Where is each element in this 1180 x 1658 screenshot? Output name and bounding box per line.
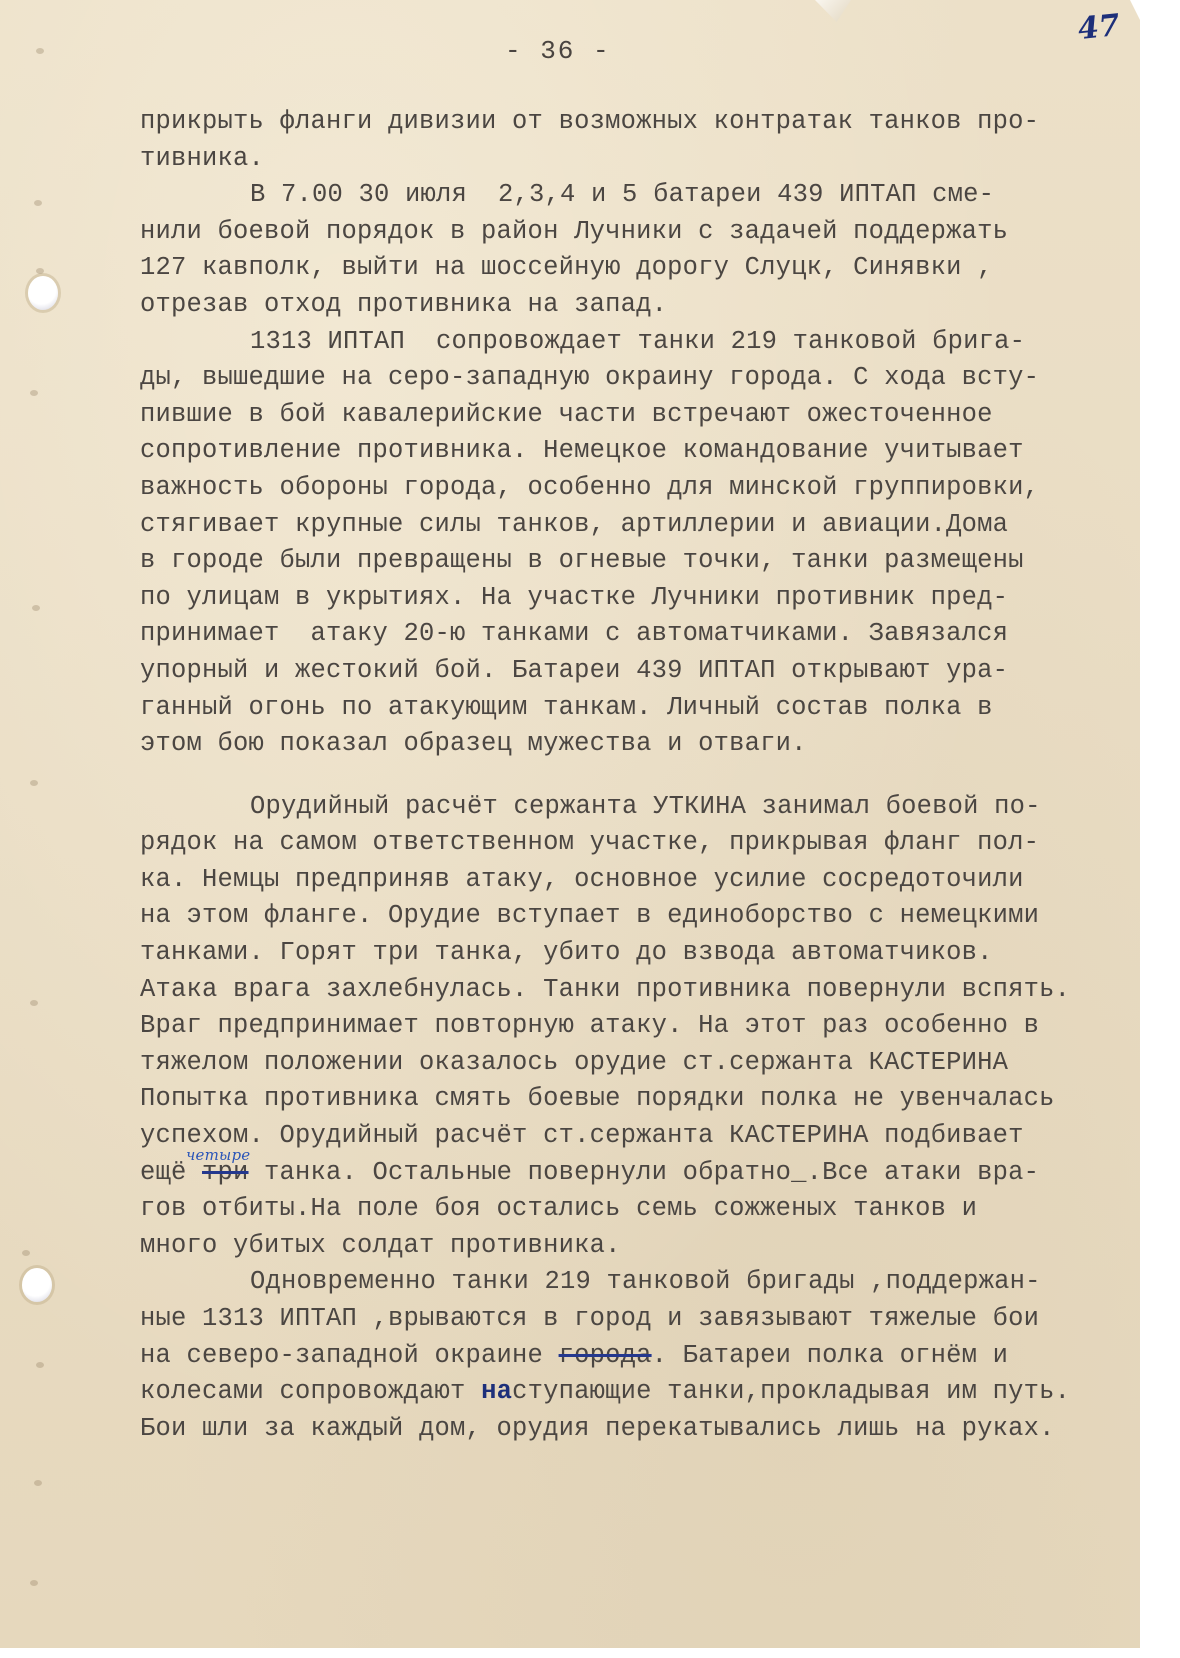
document-body: прикрыть фланги дивизии от возможных кон… bbox=[140, 104, 1100, 1447]
margin-speck bbox=[30, 1580, 38, 1586]
margin-speck bbox=[34, 200, 42, 206]
text-line: Бои шли за каждый дом, орудия перекатыва… bbox=[140, 1411, 1100, 1448]
text-line: ные 1313 ИПТАП ,врываются в город и завя… bbox=[140, 1301, 1100, 1338]
text-line: Попытка противника смять боевые порядки … bbox=[140, 1081, 1100, 1118]
punch-hole-bottom bbox=[22, 1268, 52, 1302]
punch-hole-top bbox=[28, 276, 58, 310]
text-line: пившие в бой кавалерийские части встреча… bbox=[140, 397, 1100, 434]
text-line: стягивает крупные силы танков, артиллери… bbox=[140, 507, 1100, 544]
text-line: гов отбиты.На поле боя остались семь сож… bbox=[140, 1191, 1100, 1228]
text-line: нили боевой порядок в район Лучники с за… bbox=[140, 214, 1100, 251]
margin-speck bbox=[22, 1250, 30, 1256]
margin-speck bbox=[36, 48, 44, 54]
text-line: прикрыть фланги дивизии от возможных кон… bbox=[140, 104, 1100, 141]
ink-correction: на bbox=[481, 1377, 512, 1406]
paragraph-container: прикрыть фланги дивизии от возможных кон… bbox=[140, 104, 1100, 1155]
text-line: по улицам в укрытиях. На участке Лучники… bbox=[140, 580, 1100, 617]
text-line: 1313 ИПТАП сопровождает танки 219 танков… bbox=[140, 324, 1100, 361]
text-line: ка. Немцы предприняв атаку, основное уси… bbox=[140, 862, 1100, 899]
folio-number: 47 bbox=[1076, 8, 1121, 47]
text-line: тяжелом положении оказалось орудие ст.се… bbox=[140, 1045, 1100, 1082]
page-number: - 36 - bbox=[505, 36, 611, 66]
text-line: сопротивление противника. Немецкое коман… bbox=[140, 433, 1100, 470]
text-line: 127 кавполк, выйти на шоссейную дорогу С… bbox=[140, 250, 1100, 287]
text-line: ды, вышедшие на серо-западную окраину го… bbox=[140, 360, 1100, 397]
text-line: на этом фланге. Орудие вступает в единоб… bbox=[140, 898, 1100, 935]
margin-speck bbox=[36, 268, 44, 274]
text-line: танками. Горят три танка, убито до взвод… bbox=[140, 935, 1100, 972]
text-line: Одновременно танки 219 танковой бригады … bbox=[140, 1264, 1100, 1301]
text-line: колесами сопровождают наступающие танки,… bbox=[140, 1374, 1100, 1411]
text-line: успехом. Орудийный расчёт ст.сержанта КА… bbox=[140, 1118, 1100, 1155]
paper-sheet: 47 - 36 - прикрыть фланги дивизии от воз… bbox=[0, 0, 1140, 1648]
text-line: ганный огонь по атакующим танкам. Личный… bbox=[140, 690, 1100, 727]
text-line: принимает атаку 20-ю танками с автоматчи… bbox=[140, 616, 1100, 653]
margin-speck bbox=[30, 1000, 38, 1006]
text-line: на северо-западной окраине города. Батар… bbox=[140, 1338, 1100, 1375]
margin-speck bbox=[36, 1362, 44, 1368]
text-line: В 7.00 30 июля 2,3,4 и 5 батареи 439 ИПТ… bbox=[140, 177, 1100, 214]
text-line: Орудийный расчёт сержанта УТКИНА занимал… bbox=[140, 789, 1100, 826]
text-line: Враг предпринимает повторную атаку. На э… bbox=[140, 1008, 1100, 1045]
text-line: отрезав отход противника на запад. bbox=[140, 287, 1100, 324]
margin-speck bbox=[30, 390, 38, 396]
margin-speck bbox=[34, 1480, 42, 1486]
corner-fold bbox=[815, 0, 851, 22]
text-line: упорный и жестокий бой. Батареи 439 ИПТА… bbox=[140, 653, 1100, 690]
text-line: важность обороны города, особенно для ми… bbox=[140, 470, 1100, 507]
text-line: этом бою показал образец мужества и отва… bbox=[140, 726, 1100, 763]
corrected-line: ещё три танка. Остальные повернули обрат… bbox=[140, 1155, 1100, 1192]
text-line: много убитых солдат противника. bbox=[140, 1228, 1100, 1265]
text-line: тивника. bbox=[140, 141, 1100, 178]
text-line: рядок на самом ответственном участке, пр… bbox=[140, 825, 1100, 862]
handwritten-insert: четыре bbox=[186, 1137, 250, 1174]
text-line: в городе были превращены в огневые точки… bbox=[140, 543, 1100, 580]
struck-word: города bbox=[559, 1341, 652, 1370]
margin-speck bbox=[30, 780, 38, 786]
text-line: Атака врага захлебнулась. Танки противни… bbox=[140, 972, 1100, 1009]
margin-speck bbox=[32, 605, 40, 611]
